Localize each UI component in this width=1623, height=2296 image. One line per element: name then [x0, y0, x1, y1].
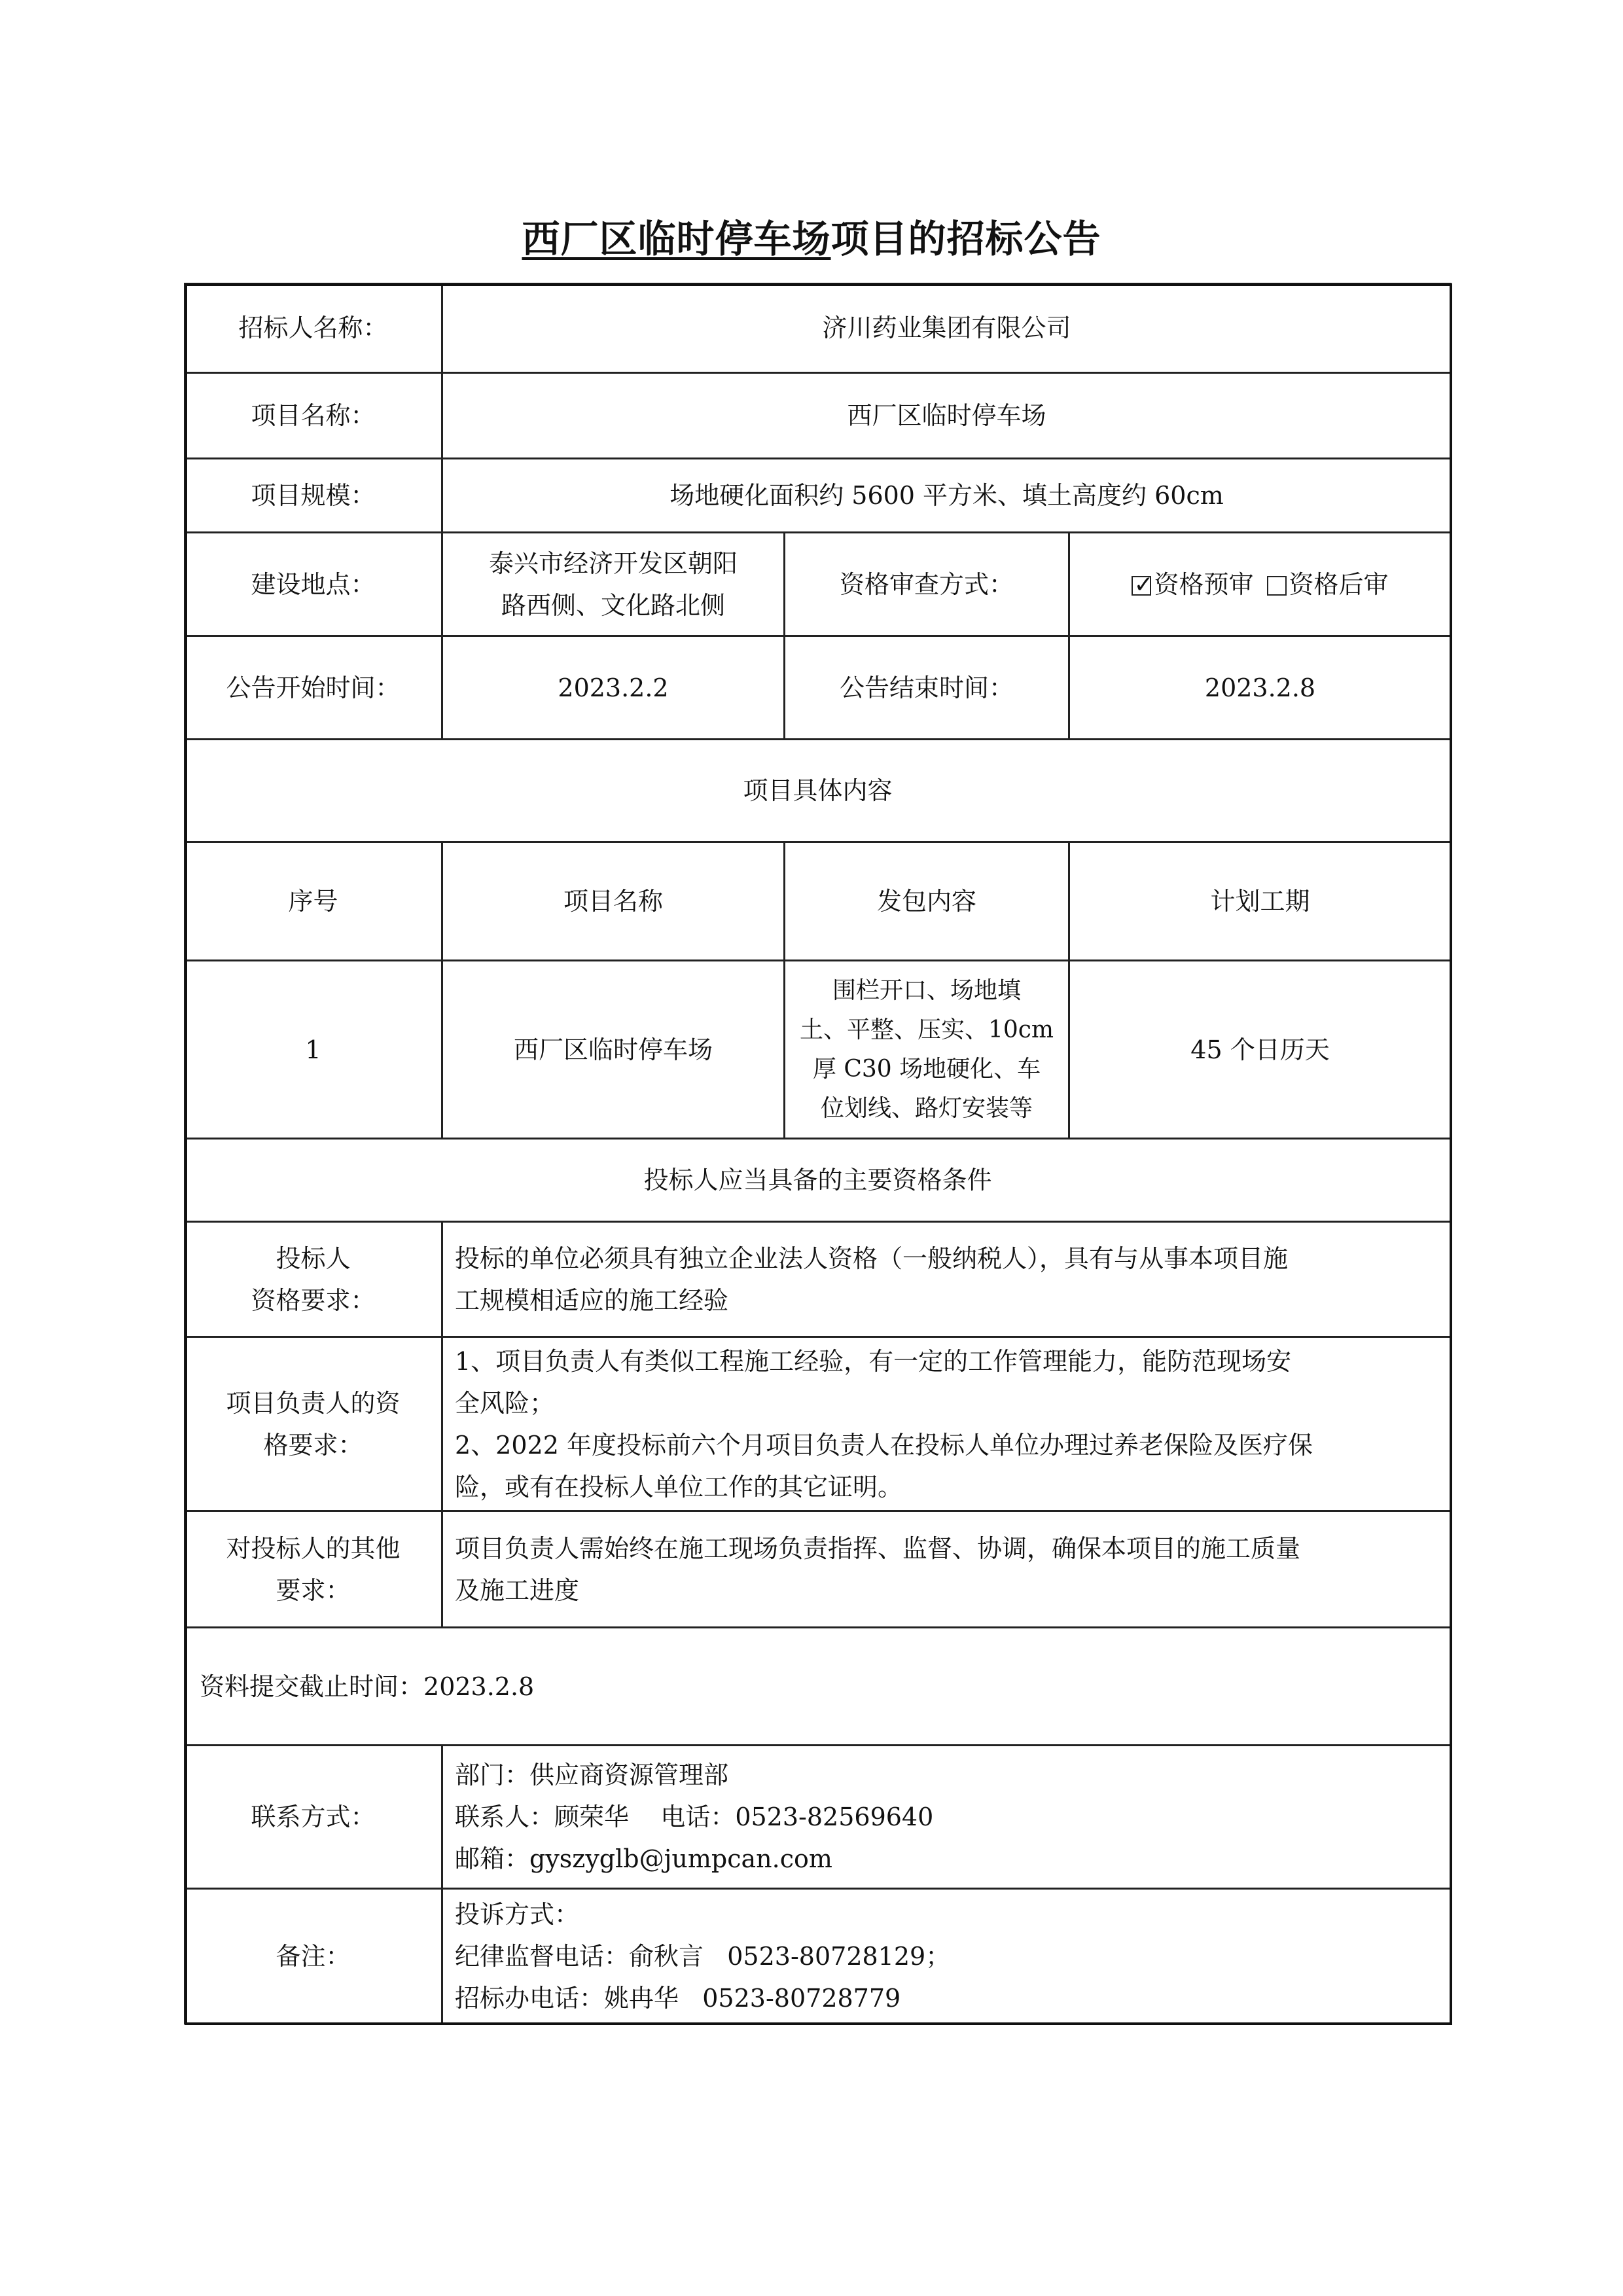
manager-req-label-line1: 项目负责人的资 [226, 1382, 400, 1424]
manager-req-text-line: 全风险； [455, 1382, 554, 1424]
contact-email[interactable]: 邮箱：gyszyglb@jumpcan.com [455, 1838, 832, 1880]
start-label: 公告开始时间： [226, 667, 400, 709]
location-value-line2: 路西侧、文化路北侧 [501, 584, 725, 626]
start-label-cell: 公告开始时间： [184, 636, 442, 740]
column-header-duration: 计划工期 [1069, 842, 1452, 961]
bidder-req-label-line2: 资格要求： [251, 1280, 375, 1321]
manager-req-text-line: 险，或有在投标人单位工作的其它证明。 [455, 1466, 902, 1508]
content-heading: 项目具体内容 [743, 770, 892, 812]
bidder-req-text-line2: 工规模相适应的施工经验 [455, 1280, 728, 1321]
contact-label: 联系方式： [251, 1796, 375, 1838]
deadline-value: 2023.2.8 [423, 1666, 534, 1708]
other-req-text-cell: 项目负责人需始终在施工现场负责指挥、监督、协调，确保本项目的施工质量 及施工进度 [442, 1511, 1452, 1628]
qualification-heading-cell: 投标人应当具备的主要资格条件 [184, 1138, 1452, 1222]
remarks-discipline-phone: 纪律监督电话：俞秋言 0523-80728129； [455, 1935, 950, 1977]
row-scope-line: 围栏开口、场地填 [832, 971, 1021, 1011]
column-header-scope-label: 发包内容 [877, 880, 976, 922]
row-scope-line: 土、平整、压实、10cm [800, 1011, 1054, 1050]
scale-value-cell: 场地硬化面积约 5600 平方米、填土高度约 60cm [442, 458, 1452, 533]
contact-text-cell: 部门：供应商资源管理部 联系人：顾荣华 电话：0523-82569640 邮箱：… [442, 1745, 1452, 1889]
table-row-name: 西厂区临时停车场 [442, 960, 785, 1139]
bidder-req-label-cell: 投标人 资格要求： [184, 1221, 442, 1337]
row-scope-line: 位划线、路灯安装等 [821, 1089, 1033, 1128]
title-underlined-part: 西厂区临时停车场 [522, 217, 830, 261]
column-header-no: 序号 [184, 842, 442, 961]
review-options-cell: 资格预审 资格后审 [1069, 532, 1452, 636]
review-option-postqual-label: 资格后审 [1289, 570, 1389, 599]
project-name-value: 西厂区临时停车场 [847, 395, 1046, 437]
manager-req-text-line: 1、项目负责人有类似工程施工经验，有一定的工作管理能力，能防范现场安 [455, 1340, 1291, 1382]
other-req-text-line1: 项目负责人需始终在施工现场负责指挥、监督、协调，确保本项目的施工质量 [455, 1528, 1300, 1570]
row-no-value: 1 [305, 1029, 321, 1071]
other-req-label-cell: 对投标人的其他 要求： [184, 1511, 442, 1628]
column-header-name: 项目名称 [442, 842, 785, 961]
review-label-cell: 资格审查方式： [784, 532, 1069, 636]
start-value-cell: 2023.2.2 [442, 636, 785, 740]
manager-req-label-line2: 格要求： [263, 1424, 363, 1466]
table-row-scope: 围栏开口、场地填 土、平整、压实、10cm 厚 C30 场地硬化、车 位划线、路… [784, 960, 1069, 1139]
project-name-label: 项目名称： [251, 395, 375, 437]
location-label-cell: 建设地点： [184, 532, 442, 636]
deadline-cell: 资料提交截止时间：2023.2.8 [184, 1627, 1452, 1746]
deadline-label: 资料提交截止时间： [200, 1666, 423, 1708]
review-option-prequal-label: 资格预审 [1154, 570, 1253, 599]
column-header-scope: 发包内容 [784, 842, 1069, 961]
contact-department: 部门：供应商资源管理部 [455, 1754, 728, 1796]
remarks-label-cell: 备注： [184, 1888, 442, 2024]
tenderer-label-cell: 招标人名称： [184, 283, 442, 373]
checkbox-empty-icon[interactable] [1267, 576, 1287, 596]
table-row-duration: 45 个日历天 [1069, 960, 1452, 1139]
bidder-req-text-cell: 投标的单位必须具有独立企业法人资格（一般纳税人），具有与从事本项目施 工规模相适… [442, 1221, 1452, 1337]
location-value-line1: 泰兴市经济开发区朝阳 [489, 543, 738, 584]
row-scope-line: 厚 C30 场地硬化、车 [813, 1050, 1041, 1089]
bidder-req-text-line1: 投标的单位必须具有独立企业法人资格（一般纳税人），具有与从事本项目施 [455, 1238, 1288, 1280]
contact-label-cell: 联系方式： [184, 1745, 442, 1889]
manager-req-text-cell: 1、项目负责人有类似工程施工经验，有一定的工作管理能力，能防范现场安 全风险； … [442, 1336, 1452, 1511]
qualification-heading: 投标人应当具备的主要资格条件 [643, 1159, 991, 1201]
review-label: 资格审查方式： [840, 564, 1014, 605]
scale-label: 项目规模： [251, 475, 375, 516]
project-name-label-cell: 项目名称： [184, 372, 442, 459]
title-rest: 项目的招标公告 [831, 217, 1101, 261]
contact-person-phone: 联系人：顾荣华 电话：0523-82569640 [455, 1796, 933, 1838]
location-label: 建设地点： [251, 564, 375, 605]
remarks-tender-office-phone: 招标办电话：姚冉华 0523-80728779 [455, 1977, 901, 2019]
column-header-name-label: 项目名称 [563, 880, 663, 922]
end-label-cell: 公告结束时间： [784, 636, 1069, 740]
table-row-no: 1 [184, 960, 442, 1139]
manager-req-text-line: 2、2022 年度投标前六个月项目负责人在投标人单位办理过养老保险及医疗保 [455, 1424, 1313, 1466]
checkbox-checked-icon[interactable] [1132, 576, 1151, 596]
page-title: 西厂区临时停车场项目的招标公告 [0, 208, 1623, 263]
tenderer-value-cell: 济川药业集团有限公司 [442, 283, 1452, 373]
row-duration-value: 45 个日历天 [1190, 1029, 1329, 1071]
scale-label-cell: 项目规模： [184, 458, 442, 533]
project-name-value-cell: 西厂区临时停车场 [442, 372, 1452, 459]
column-header-duration-label: 计划工期 [1210, 880, 1310, 922]
remarks-text-cell: 投诉方式： 纪律监督电话：俞秋言 0523-80728129； 招标办电话：姚冉… [442, 1888, 1452, 2024]
review-option-postqual[interactable]: 资格后审 [1267, 564, 1389, 605]
remarks-complaint-heading: 投诉方式： [455, 1893, 579, 1935]
end-label: 公告结束时间： [840, 667, 1014, 709]
content-heading-cell: 项目具体内容 [184, 739, 1452, 842]
end-value-cell: 2023.2.8 [1069, 636, 1452, 740]
tenderer-label: 招标人名称： [238, 307, 387, 349]
bidder-req-label-line1: 投标人 [276, 1238, 350, 1280]
other-req-label-line2: 要求： [276, 1570, 350, 1611]
tenderer-value: 济川药业集团有限公司 [822, 307, 1071, 349]
end-value: 2023.2.8 [1205, 667, 1315, 709]
other-req-label-line1: 对投标人的其他 [226, 1528, 400, 1570]
start-value: 2023.2.2 [558, 667, 668, 709]
row-name-value: 西厂区临时停车场 [514, 1029, 713, 1071]
manager-req-label-cell: 项目负责人的资 格要求： [184, 1336, 442, 1511]
column-header-no-label: 序号 [288, 880, 338, 922]
scale-value: 场地硬化面积约 5600 平方米、填土高度约 60cm [669, 475, 1224, 516]
review-option-prequal[interactable]: 资格预审 [1132, 564, 1253, 605]
other-req-text-line2: 及施工进度 [455, 1570, 579, 1611]
remarks-label: 备注： [276, 1935, 350, 1977]
location-value-cell: 泰兴市经济开发区朝阳 路西侧、文化路北侧 [442, 532, 785, 636]
